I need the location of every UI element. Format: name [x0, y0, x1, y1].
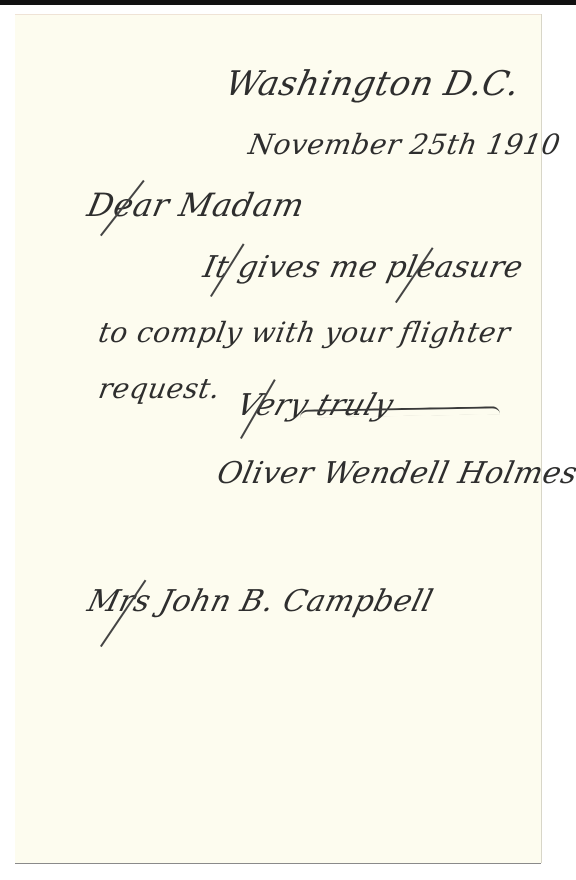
scan-top-edge: [0, 0, 576, 5]
letter-signature: Oliver Wendell Holmes: [214, 456, 576, 491]
letter-closing: Very truly: [232, 388, 398, 423]
letter-body-line-1: It gives me pleasure: [200, 250, 526, 285]
letter-body-line-2: to comply with your flighter: [96, 316, 513, 349]
letter-place: Washington D.C.: [222, 64, 523, 104]
letter-body-line-3: request.: [96, 372, 223, 405]
letter-salutation: Dear Madam: [84, 186, 308, 224]
letter-date: November 25th 1910: [246, 128, 563, 161]
